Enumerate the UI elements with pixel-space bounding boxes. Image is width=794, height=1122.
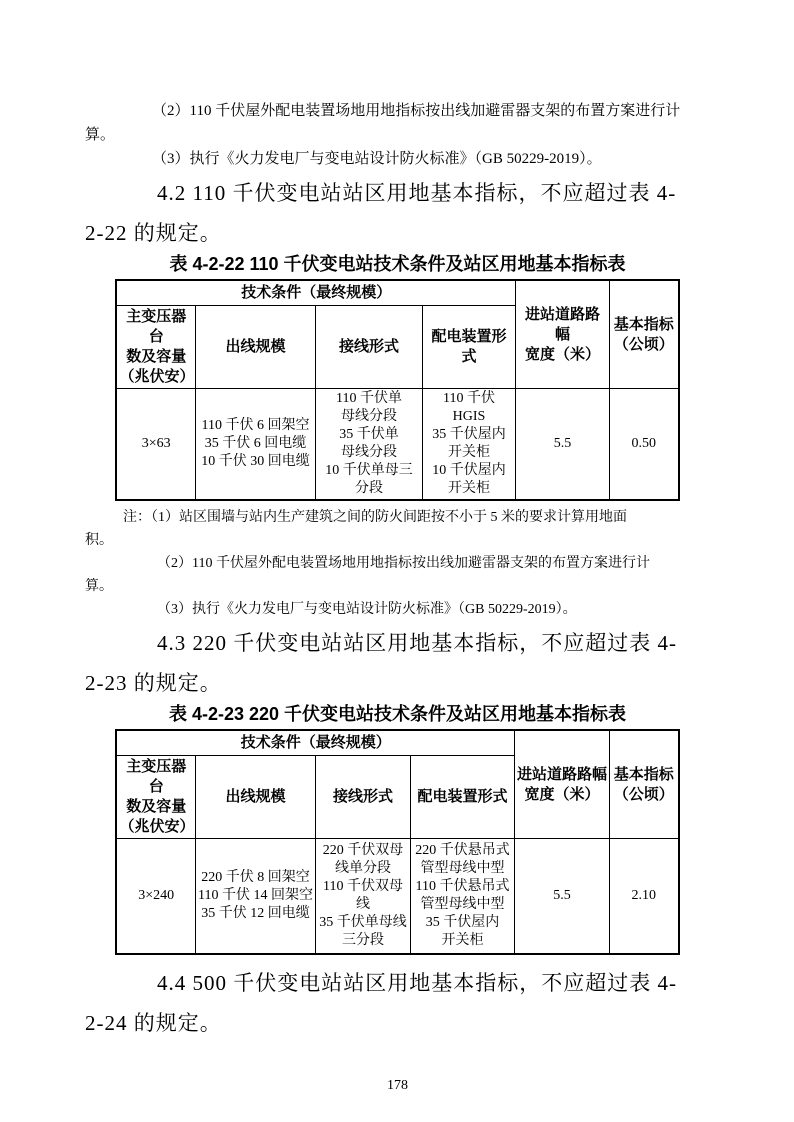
tech-conditions-group-header: 技术条件（最终规模） <box>116 280 515 306</box>
cell-basic-indicator: 2.10 <box>610 839 679 955</box>
column-header-outgoing-lines: 出线规模 <box>195 306 315 389</box>
column-header-basic-indicator: 基本指标 （公顷） <box>610 280 679 389</box>
cell-transformer-capacity: 3×63 <box>116 389 195 501</box>
note-1: 注：（1）站区围墙与站内生产建筑之间的防火间距按不小于 5 米的要求计算用地面 … <box>85 506 710 552</box>
tech-conditions-group-header: 技术条件（最终规模） <box>116 730 514 756</box>
column-header-road-width: 进站道路路幅 宽度（米） <box>515 730 610 839</box>
cell-distribution-device: 110 千伏 HGIS 35 千伏屋内 开关柜 10 千伏屋内 开关柜 <box>422 389 515 501</box>
cell-distribution-device: 220 千伏悬吊式 管型母线中型 110 千伏悬吊式 管型母线中型 35 千伏屋… <box>410 839 514 955</box>
intro-paragraph-2: （2）110 千伏屋外配电装置场地用地指标按出线加避雷器支架的布置方案进行计 算… <box>85 99 710 147</box>
column-header-wiring-form: 接线形式 <box>315 756 410 839</box>
cell-basic-indicator: 0.50 <box>610 389 679 501</box>
note-2: （2）110 千伏屋外配电装置场地用地指标按出线加避雷器支架的布置方案进行计 算… <box>85 552 710 598</box>
column-header-road-width: 进站道路路幅 宽度（米） <box>516 280 610 389</box>
cell-wiring-form: 220 千伏双母 线单分段 110 千伏双母 线 35 千伏单母线 三分段 <box>315 839 410 955</box>
table-row: 3×63 110 千伏 6 回架空 35 千伏 6 回电缆 10 千伏 30 回… <box>116 389 678 501</box>
page-number: 178 <box>85 1077 710 1095</box>
cell-outgoing-lines: 220 千伏 8 回架空 110 千伏 14 回架空 35 千伏 12 回电缆 <box>195 839 315 955</box>
column-header-outgoing-lines: 出线规模 <box>195 756 315 839</box>
column-header-transformer-capacity: 主变压器台 数及容量 （兆伏安） <box>116 306 195 389</box>
section-heading-4-3: 4.3 220 千伏变电站站区用地基本指标，不应超过表 4- 2-23 的规定。 <box>85 623 710 703</box>
table-4-2-22: 技术条件（最终规模） 进站道路路幅 宽度（米） 基本指标 （公顷） 主变压器台 … <box>115 279 679 501</box>
document-page: （2）110 千伏屋外配电装置场地用地指标按出线加避雷器支架的布置方案进行计 算… <box>0 0 794 1122</box>
intro-paragraph-3: （3）执行《火力发电厂与变电站设计防火标准》（GB 50229-2019）。 <box>85 147 710 171</box>
table-title-4-2-23: 表 4-2-23 220 千伏变电站技术条件及站区用地基本指标表 <box>85 703 710 725</box>
table-row: 3×240 220 千伏 8 回架空 110 千伏 14 回架空 35 千伏 1… <box>116 839 678 955</box>
section-heading-4-4: 4.4 500 千伏变电站站区用地基本指标，不应超过表 4- 2-24 的规定。 <box>85 963 710 1043</box>
column-header-basic-indicator: 基本指标 （公顷） <box>610 730 679 839</box>
table-notes: 注：（1）站区围墙与站内生产建筑之间的防火间距按不小于 5 米的要求计算用地面 … <box>85 506 710 621</box>
cell-road-width: 5.5 <box>515 839 610 955</box>
note-3: （3）执行《火力发电厂与变电站设计防火标准》（GB 50229-2019）。 <box>85 598 710 621</box>
cell-road-width: 5.5 <box>516 389 610 501</box>
section-heading-4-2: 4.2 110 千伏变电站站区用地基本指标，不应超过表 4- 2-22 的规定。 <box>85 173 710 253</box>
column-header-wiring-form: 接线形式 <box>315 306 422 389</box>
column-header-distribution-device: 配电装置形式 <box>422 306 515 389</box>
column-header-transformer-capacity: 主变压器台 数及容量 （兆伏安） <box>116 756 195 839</box>
table-title-4-2-22: 表 4-2-22 110 千伏变电站技术条件及站区用地基本指标表 <box>85 253 710 275</box>
cell-outgoing-lines: 110 千伏 6 回架空 35 千伏 6 回电缆 10 千伏 30 回电缆 <box>195 389 315 501</box>
column-header-distribution-device: 配电装置形式 <box>410 756 514 839</box>
cell-wiring-form: 110 千伏单 母线分段 35 千伏单 母线分段 10 千伏单母三 分段 <box>315 389 422 501</box>
table-4-2-23: 技术条件（最终规模） 进站道路路幅 宽度（米） 基本指标 （公顷） 主变压器台 … <box>115 729 679 955</box>
cell-transformer-capacity: 3×240 <box>116 839 195 955</box>
